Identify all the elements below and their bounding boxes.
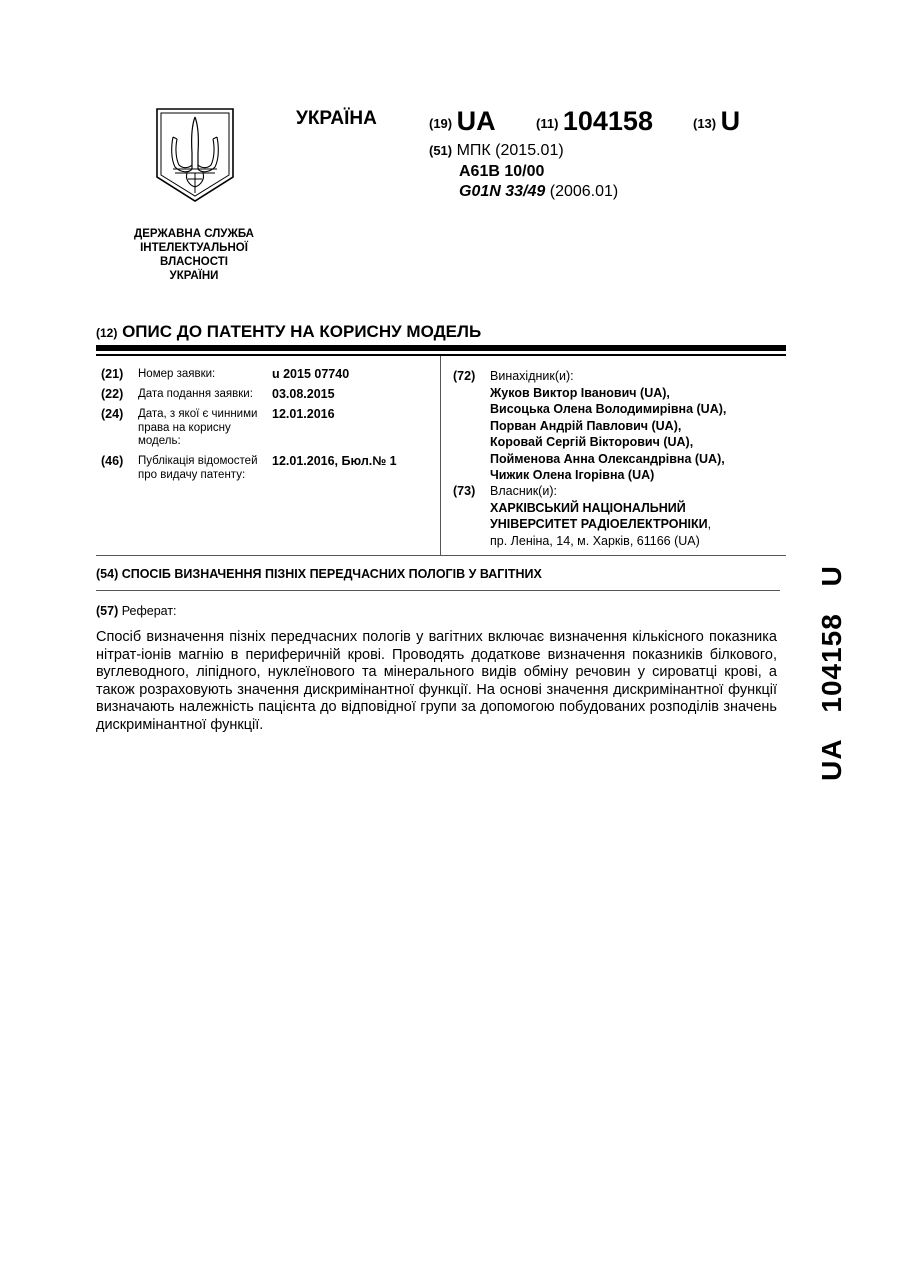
column-divider (440, 356, 441, 556)
ipc-class-2: G01N 33/49 (2006.01) (429, 182, 618, 203)
ipc-classification: (51) МПК (2015.01) A61B 10/00 G01N 33/49… (429, 141, 618, 203)
abstract-heading: (57) Реферат: (96, 604, 177, 618)
ipc-class-1: A61B 10/00 (429, 162, 618, 183)
divider-biblio-bottom (96, 555, 786, 556)
agency-name: ДЕРЖАВНА СЛУЖБА ІНТЕЛЕКТУАЛЬНОЇ ВЛАСНОСТ… (120, 227, 268, 283)
side-patent-id: UA 104158 U (812, 570, 852, 775)
inventor-name: Порван Андрій Павлович (UA), (490, 418, 726, 435)
owner-name-line1: ХАРКІВСЬКИЙ НАЦІОНАЛЬНИЙ (490, 500, 711, 517)
document-type-title: (12) ОПИС ДО ПАТЕНТУ НА КОРИСНУ МОДЕЛЬ (96, 322, 481, 342)
divider-thin (96, 354, 786, 356)
inventor-name: Коровай Сергій Вікторович (UA), (490, 434, 726, 451)
inventor-name: Висоцька Олена Володимирівна (UA), (490, 401, 726, 418)
owner-name-line2: УНІВЕРСИТЕТ РАДІОЕЛЕКТРОНІКИ, (490, 516, 711, 533)
patent-number: (11) 104158 (536, 106, 653, 137)
owner-address: пр. Леніна, 14, м. Харків, 61166 (UA) (490, 533, 711, 550)
country-name: УКРАЇНА (296, 108, 377, 130)
divider-thick (96, 345, 786, 351)
inventor-name: Пойменова Анна Олександрівна (UA), (490, 451, 726, 468)
invention-title: (54) СПОСІБ ВИЗНАЧЕННЯ ПІЗНІХ ПЕРЕДЧАСНИ… (96, 567, 542, 581)
inventor-name: Чижик Олена Ігорівна (UA) (490, 467, 726, 484)
country-code: (19) UA (429, 106, 496, 137)
inventor-name: Жуков Виктор Іванович (UA), (490, 385, 726, 402)
ipc-label: (51) МПК (2015.01) (429, 141, 618, 162)
kind-code: (13) U (693, 106, 740, 137)
abstract-text: Спосіб визначення пізніх передчасних пол… (96, 629, 777, 735)
divider-title (96, 590, 780, 591)
coat-of-arms-icon (155, 107, 235, 203)
